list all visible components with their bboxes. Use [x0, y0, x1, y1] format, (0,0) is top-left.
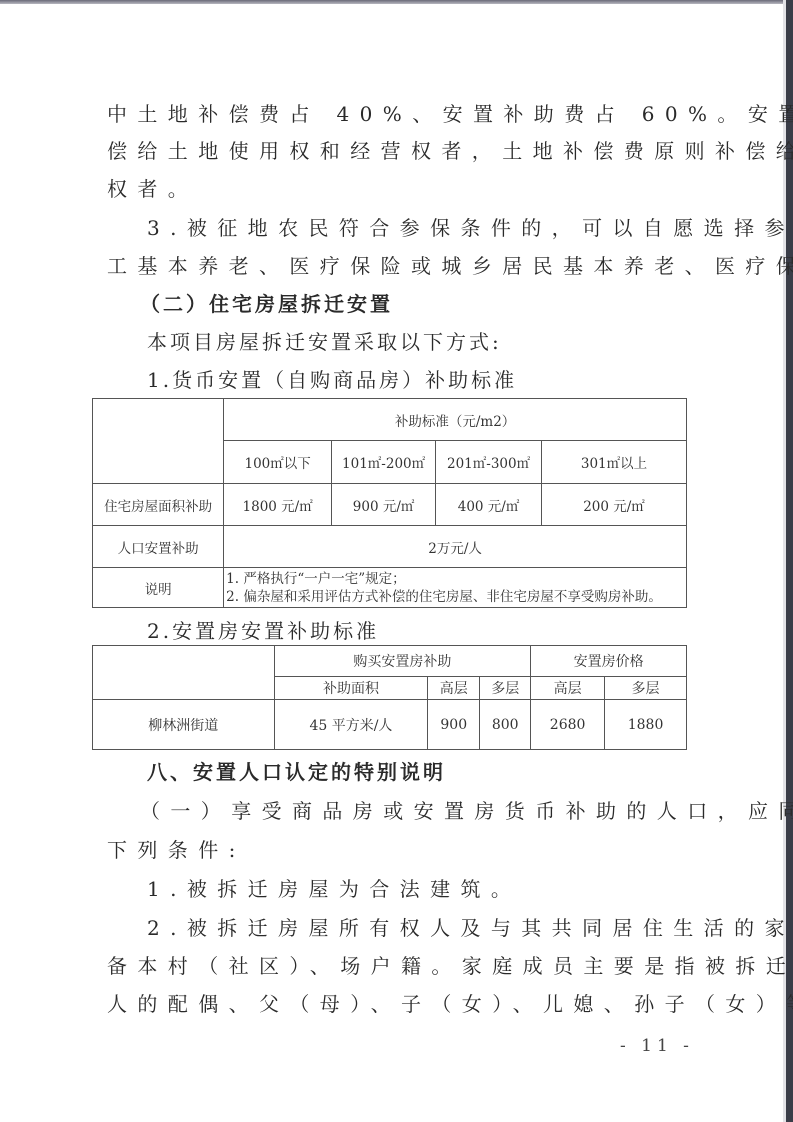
body-text-line: 人的配偶、父（母）、子（女）、儿媳、孙子（女）等。 — [107, 990, 677, 1018]
table-column-header: 补助面积 — [274, 677, 428, 700]
table-cell: 1800 元/㎡ — [224, 484, 332, 526]
table-corner-cell — [93, 646, 275, 700]
subsection-title: 2.安置房安置补助标准 — [147, 617, 717, 645]
table-column-header: 多层 — [605, 677, 687, 700]
body-text-line: 中土地补偿费占 40%、安置补助费占 60%。安置补助费原则上补 — [107, 100, 677, 128]
scan-top-edge — [0, 0, 793, 4]
table-row: 柳林洲街道 45 平方米/人 900 800 2680 1880 — [93, 700, 687, 750]
body-text-line: （一）享受商品房或安置房货币补助的人口，应同时具备 — [140, 797, 710, 825]
table-cell: 800 — [480, 700, 531, 750]
body-text-line: 偿给土地使用权和经营权者，土地补偿费原则补偿给土地所有 — [107, 137, 677, 165]
table-column-header: 多层 — [480, 677, 531, 700]
table-cell: 900 元/㎡ — [332, 484, 436, 526]
table-cell: 400 元/㎡ — [436, 484, 542, 526]
table-column-header: 101㎡-200㎡ — [332, 441, 436, 484]
body-text-line: 权者。 — [107, 175, 677, 203]
table-cell: 1880 — [605, 700, 687, 750]
page-number: - 11 - — [620, 1036, 694, 1056]
body-text-line: 3.被征地农民符合参保条件的，可以自愿选择参加城镇职 — [147, 214, 717, 242]
body-text-line: 备本村（社区）、场户籍。家庭成员主要是指被拆迁住房所有权 — [107, 952, 677, 980]
body-text-line: 下列条件: — [107, 836, 677, 864]
table-group-header: 安置房价格 — [531, 646, 687, 677]
section-heading: 八、安置人口认定的特别说明 — [147, 758, 717, 786]
table-column-header: 201㎡-300㎡ — [436, 441, 542, 484]
table-group-header: 购买安置房补助 — [274, 646, 531, 677]
table-column-header: 高层 — [428, 677, 480, 700]
table-row: 住宅房屋面积补助 1800 元/㎡ 900 元/㎡ 400 元/㎡ 200 元/… — [93, 484, 687, 526]
table-cell: 200 元/㎡ — [542, 484, 687, 526]
body-text-line: 1.被拆迁房屋为合法建筑。 — [147, 875, 717, 903]
table-cell-merged: 2万元/人 — [224, 526, 687, 568]
table-row-label: 人口安置补助 — [93, 526, 224, 568]
table-row: 说明 1. 严格执行“一户一宅”规定； 2. 偏杂屋和采用评估方式补偿的住宅房屋… — [93, 568, 687, 608]
cash-resettlement-table: 补助标准（元/m2） 100㎡以下 101㎡-200㎡ 201㎡-300㎡ 30… — [92, 398, 687, 608]
note-line: 1. 严格执行“一户一宅”规定； — [226, 570, 686, 588]
table-cell: 2680 — [531, 700, 605, 750]
table-row: 人口安置补助 2万元/人 — [93, 526, 687, 568]
table-cell: 45 平方米/人 — [274, 700, 428, 750]
table-column-header: 100㎡以下 — [224, 441, 332, 484]
table-row-label: 柳林洲街道 — [93, 700, 275, 750]
table-cell: 900 — [428, 700, 480, 750]
table-notes-cell: 1. 严格执行“一户一宅”规定； 2. 偏杂屋和采用评估方式补偿的住宅房屋、非住… — [224, 568, 687, 608]
resettlement-housing-table: 购买安置房补助 安置房价格 补助面积 高层 多层 高层 多层 柳林洲街道 45 … — [92, 645, 687, 750]
subsection-title: 1.货币安置（自购商品房）补助标准 — [147, 366, 717, 394]
body-text-line: 2.被拆迁房屋所有权人及与其共同居住生活的家庭成员具 — [147, 914, 717, 942]
table-group-header: 补助标准（元/m2） — [224, 399, 687, 441]
body-text-line: 工基本养老、医疗保险或城乡居民基本养老、医疗保险。 — [107, 252, 677, 280]
table-row-label: 说明 — [93, 568, 224, 608]
table-row-label: 住宅房屋面积补助 — [93, 484, 224, 526]
section-intro: 本项目房屋拆迁安置采取以下方式: — [147, 328, 717, 356]
table-column-header: 高层 — [531, 677, 605, 700]
table-column-header: 301㎡以上 — [542, 441, 687, 484]
section-heading: （二）住宅房屋拆迁安置 — [140, 290, 710, 318]
note-line: 2. 偏杂屋和采用评估方式补偿的住宅房屋、非住宅房屋不享受购房补助。 — [226, 588, 686, 606]
table-corner-cell — [93, 399, 224, 484]
